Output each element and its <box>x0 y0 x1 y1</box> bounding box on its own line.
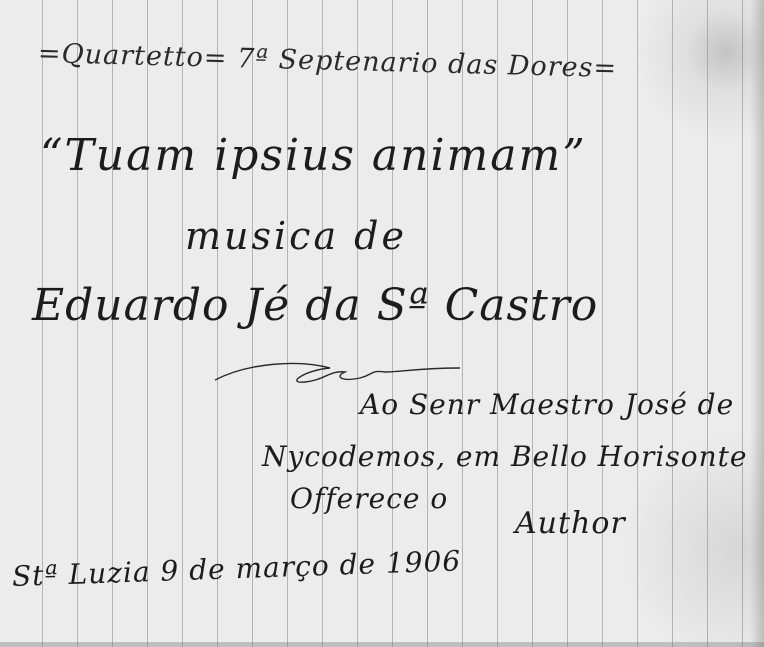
author-signature: Author <box>515 506 626 541</box>
work-title: “Tuam ipsius animam” <box>40 130 587 181</box>
dedication-line-1: Ao Senr Maestro José de <box>360 388 734 421</box>
dedication-line-2: Nycodemos, em Bello Horisonte <box>262 440 747 473</box>
composer-name: Eduardo Jé da Sª Castro <box>32 280 598 331</box>
musica-de-label: musica de <box>185 214 407 258</box>
dedication-line-3: Offerece o <box>290 482 448 515</box>
paper-edge-stain <box>750 0 764 647</box>
manuscript-page: =Quartetto= 7ª Septenario das Dores= “Tu… <box>0 0 764 647</box>
place-and-date: Stª Luzia 9 de março de 1906 <box>11 544 461 593</box>
decorative-flourish-icon <box>210 358 470 388</box>
heading-quartetto: =Quartetto= 7ª Septenario das Dores= <box>38 38 618 84</box>
paper-bottom-edge <box>0 642 764 647</box>
